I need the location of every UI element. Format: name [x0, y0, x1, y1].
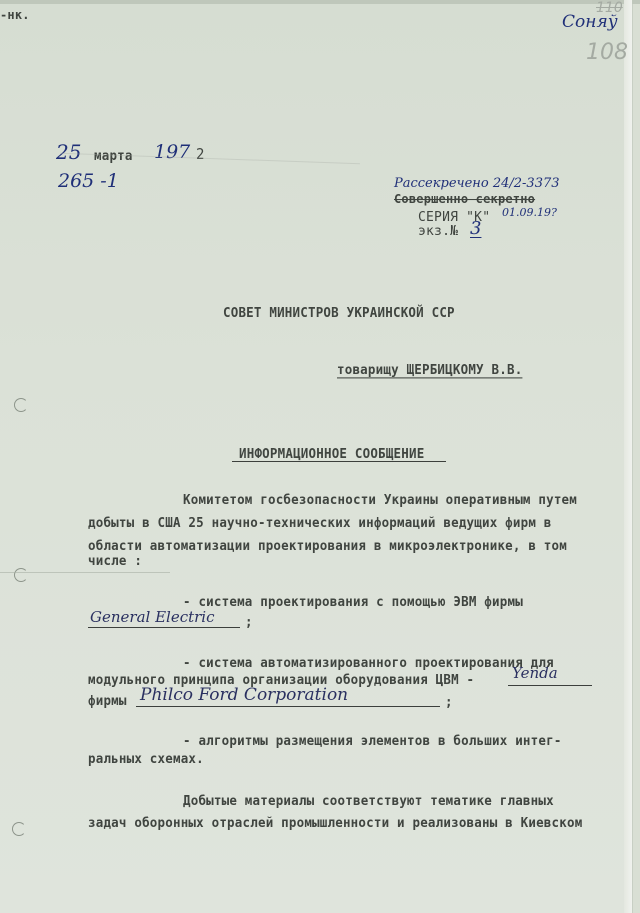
intro-line-3: области автоматизации проектирования в м… — [88, 538, 567, 554]
date-year-handwritten: 197 — [154, 141, 190, 163]
registration-number: 265 -1 — [58, 170, 119, 192]
intro-line-1: Комитетом госбезопасности Украины операт… — [183, 492, 577, 508]
item3-line-1: - алгоритмы размещения элементов в больш… — [183, 733, 562, 749]
archive-number: 108 — [586, 40, 628, 65]
fold-line — [0, 572, 170, 573]
archive-number-old: 110 — [596, 0, 623, 16]
item2-line-3-prefix: фирмы — [88, 693, 127, 709]
item1-company: General Electric — [90, 608, 215, 626]
item2-line-1: - система автоматизированного проектиров… — [183, 655, 554, 671]
document-title: ИНФОРМАЦИОННОЕ СООБЩЕНИЕ — [239, 446, 424, 462]
punch-hole-mark-bottom — [12, 822, 26, 836]
intro-line-2: добыты в США 25 научно-технических инфор… — [88, 515, 552, 531]
closing-line-2: задач оборонных отраслей промышленности … — [88, 815, 582, 831]
item2-system-name: Yenda — [512, 664, 558, 682]
declassification-note: Рассекречено 24/2-3373 — [394, 176, 560, 191]
item2-system-underline — [508, 685, 592, 686]
item3-line-2: ральных схемах. — [88, 751, 204, 767]
scan-right-edge — [624, 0, 632, 913]
item2-end: ; — [445, 694, 453, 710]
document-page: -нк. Соняў 110 108 25 марта 197 2 265 -1… — [0, 0, 633, 913]
item1-end: ; — [245, 614, 253, 630]
item2-company-underline — [136, 706, 440, 707]
title-underline — [232, 461, 446, 462]
scan-top-edge — [0, 0, 640, 4]
item1-company-underline — [88, 627, 240, 628]
addressee-organization: СОВЕТ МИНИСТРОВ УКРАИНСКОЙ ССР — [223, 305, 455, 321]
intro-line-4: числе : — [88, 553, 142, 569]
addressee-person: товарищу ЩЕРБИЦКОМУ В.В. — [337, 362, 522, 378]
top-left-reference: -нк. — [0, 8, 30, 23]
date-year-typed: 2 — [196, 147, 205, 164]
secrecy-stamp: Совершенно секретно — [394, 192, 535, 207]
punch-hole-mark-top — [14, 398, 28, 412]
series-date-note: 01.09.19? — [502, 206, 557, 219]
copy-number: 3 — [470, 218, 481, 239]
punch-hole-mark-middle — [14, 568, 28, 582]
item1-line-1: - система проектирования с помощью ЭВМ ф… — [183, 594, 523, 610]
copy-label: экз.№ — [418, 224, 458, 240]
closing-line-1: Добытые материалы соответствуют тематике… — [183, 793, 554, 809]
item2-company: Philco Ford Corporation — [140, 685, 348, 705]
